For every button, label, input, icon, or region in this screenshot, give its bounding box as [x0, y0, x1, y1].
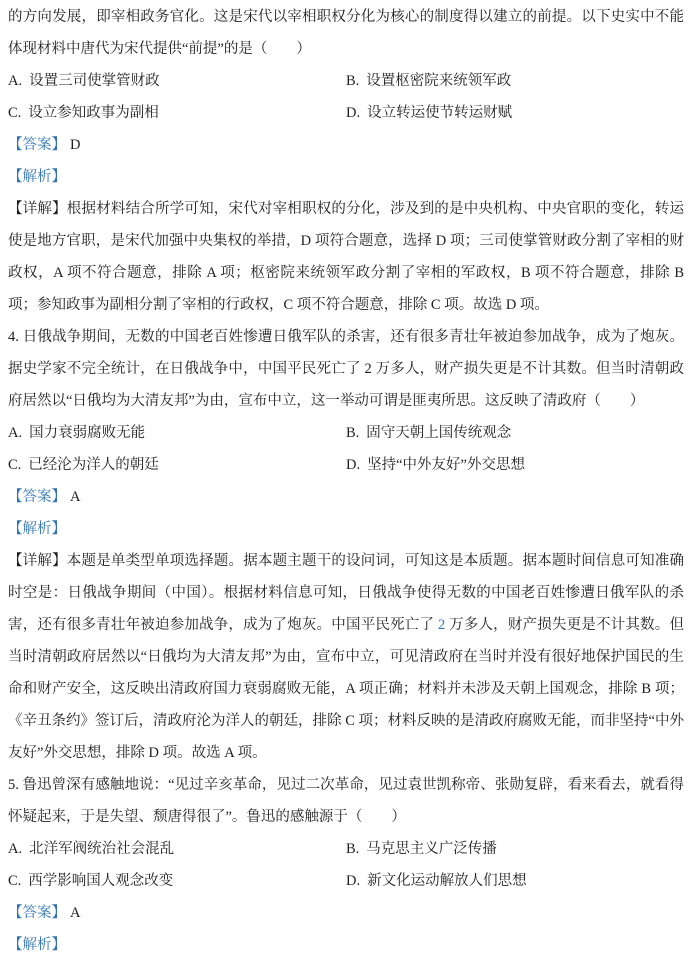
option-d: D.坚持“中外友好”外交思想	[346, 449, 684, 481]
detail-paragraph: 【详解】本题是单类型单项选择题。据本题主题干的设问词，可知这是本质题。据本题时间…	[8, 545, 684, 769]
option-text: 国力衰弱腐败无能	[29, 425, 145, 441]
option-text: 设置枢密院来统领军政	[366, 73, 511, 89]
option-b: B.固守天朝上国传统观念	[346, 417, 684, 449]
option-text: 已经沦为洋人的朝廷	[28, 457, 159, 473]
exam-document: 的方向发展，即宰相政务官化。这是宋代以宰相职权分化为核心的制度得以建立的前提。以…	[0, 0, 692, 961]
answer-label: 【答案】	[8, 489, 66, 505]
question-stem: 5. 鲁迅曾深有感触地说：“见过辛亥革命，见过二次革命，见过袁世凯称帝、张勋复辟…	[8, 769, 684, 833]
analysis-line: 【解析】	[8, 161, 684, 193]
option-text: 北洋军阀统治社会混乱	[29, 841, 174, 857]
analysis-line: 【解析】	[8, 929, 684, 961]
option-label: B.	[346, 841, 359, 857]
options-grid: A.国力衰弱腐败无能 B.固守天朝上国传统观念 C.已经沦为洋人的朝廷 D.坚持…	[8, 417, 684, 481]
option-label: B.	[346, 425, 359, 441]
option-c: C.西学影响国人观念改变	[8, 865, 346, 897]
question-stem: 4. 日俄战争期间，无数的中国老百姓惨遭日俄军队的杀害，还有很多青壮年被迫参加战…	[8, 321, 684, 417]
option-label: B.	[346, 73, 359, 89]
option-a: A.国力衰弱腐败无能	[8, 417, 346, 449]
option-text: 西学影响国人观念改变	[28, 873, 173, 889]
option-label: D.	[346, 105, 360, 121]
answer-label: 【答案】	[8, 905, 66, 921]
option-d: D.新文化运动解放人们思想	[346, 865, 684, 897]
options-grid: A.设置三司使掌管财政 B.设置枢密院来统领军政 C.设立参知政事为副相 D.设…	[8, 65, 684, 129]
question-block-5: 5. 鲁迅曾深有感触地说：“见过辛亥革命，见过二次革命，见过袁世凯称帝、张勋复辟…	[8, 769, 684, 961]
answer-line: 【答案】D	[8, 129, 684, 161]
option-text: 设立转运使节转运财赋	[367, 105, 512, 121]
detail-text: 万多人，财产损失更是不计其数。但当时清朝政府居然以“日俄均为大清友邦”为由，宣布…	[8, 617, 684, 761]
option-a: A.设置三司使掌管财政	[8, 65, 346, 97]
option-label: C.	[8, 105, 21, 121]
answer-value: D	[70, 137, 80, 153]
answer-line: 【答案】A	[8, 897, 684, 929]
option-label: C.	[8, 873, 21, 889]
question-block-3: 的方向发展，即宰相政务官化。这是宋代以宰相职权分化为核心的制度得以建立的前提。以…	[8, 1, 684, 321]
option-text: 马克思主义广泛传播	[366, 841, 497, 857]
option-label: A.	[8, 425, 22, 441]
option-label: C.	[8, 457, 21, 473]
options-grid: A.北洋军阀统治社会混乱 B.马克思主义广泛传播 C.西学影响国人观念改变 D.…	[8, 833, 684, 897]
option-text: 新文化运动解放人们思想	[367, 873, 527, 889]
option-label: A.	[8, 73, 22, 89]
option-label: A.	[8, 841, 22, 857]
answer-line: 【答案】A	[8, 481, 684, 513]
analysis-label: 【解析】	[8, 521, 66, 537]
option-a: A.北洋军阀统治社会混乱	[8, 833, 346, 865]
option-label: D.	[346, 457, 360, 473]
option-label: D.	[346, 873, 360, 889]
detail-paragraph: 【详解】根据材料结合所学可知，宋代对宰相职权的分化，涉及到的是中央机构、中央官职…	[8, 193, 684, 321]
option-c: C.设立参知政事为副相	[8, 97, 346, 129]
option-c: C.已经沦为洋人的朝廷	[8, 449, 346, 481]
option-b: B.设置枢密院来统领军政	[346, 65, 684, 97]
analysis-label: 【解析】	[8, 169, 66, 185]
option-b: B.马克思主义广泛传播	[346, 833, 684, 865]
option-text: 设置三司使掌管财政	[29, 73, 160, 89]
option-d: D.设立转运使节转运财赋	[346, 97, 684, 129]
option-text: 坚持“中外友好”外交思想	[367, 457, 525, 473]
question-stem: 的方向发展，即宰相政务官化。这是宋代以宰相职权分化为核心的制度得以建立的前提。以…	[8, 1, 684, 65]
answer-value: A	[70, 905, 80, 921]
question-block-4: 4. 日俄战争期间，无数的中国老百姓惨遭日俄军队的杀害，还有很多青壮年被迫参加战…	[8, 321, 684, 769]
analysis-label: 【解析】	[8, 937, 66, 953]
analysis-line: 【解析】	[8, 513, 684, 545]
option-text: 设立参知政事为副相	[28, 105, 159, 121]
answer-label: 【答案】	[8, 137, 66, 153]
option-text: 固守天朝上国传统观念	[366, 425, 511, 441]
answer-value: A	[70, 489, 80, 505]
